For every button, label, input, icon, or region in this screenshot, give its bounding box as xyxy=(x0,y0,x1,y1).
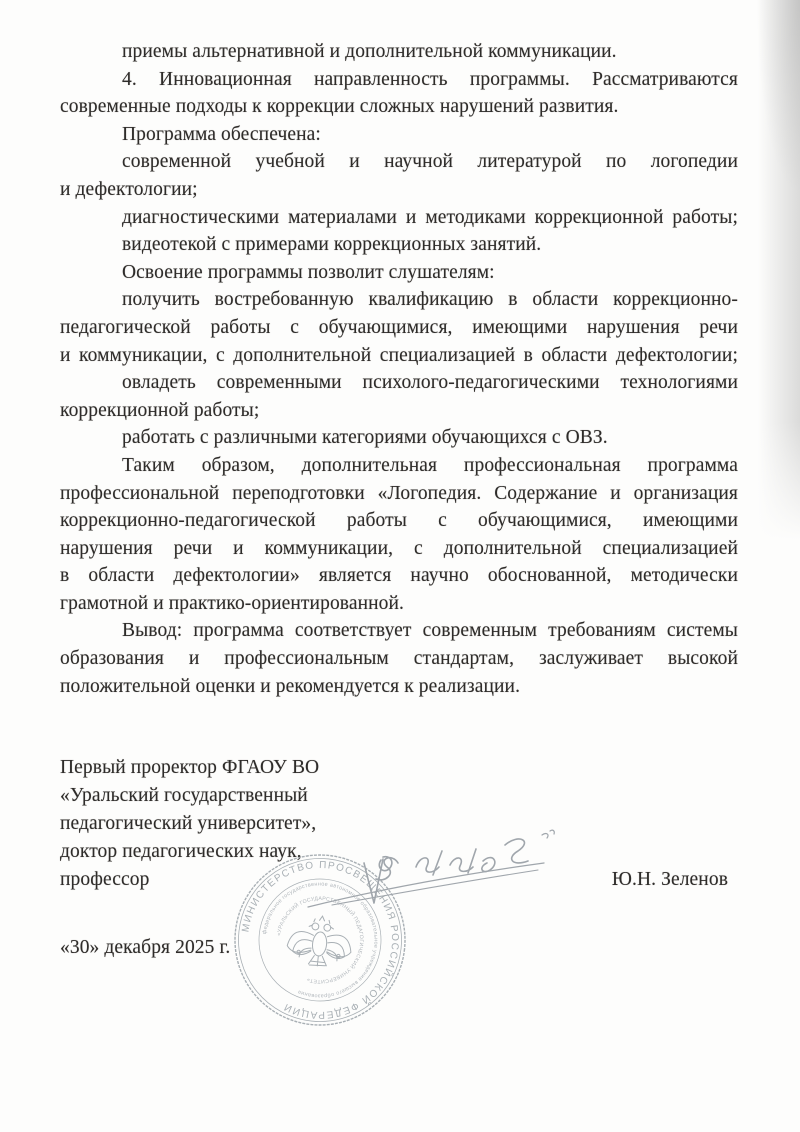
signer-position-line: педагогический университет», xyxy=(60,810,738,838)
doc-line: современные подходы к коррекции сложных … xyxy=(60,93,738,121)
date-line: «30» декабря 2025 г. xyxy=(60,934,738,962)
doc-line: образования и профессиональным стандарта… xyxy=(60,645,738,673)
document-body: приемы альтернативной и дополнительной к… xyxy=(60,38,738,962)
doc-line: коррекционной работы; xyxy=(60,397,738,425)
signer-name: Ю.Н. Зеленов xyxy=(612,866,728,894)
doc-line: педагогической работы с обучающимися, им… xyxy=(60,314,738,342)
doc-line: положительной оценки и рекомендуется к р… xyxy=(60,673,738,701)
doc-line: нарушения речи и коммуникации, с дополни… xyxy=(60,535,738,563)
doc-line: приемы альтернативной и дополнительной к… xyxy=(60,38,738,66)
doc-line: диагностическими материалами и методикам… xyxy=(60,204,738,232)
scan-edge-shadow xyxy=(752,0,800,540)
doc-line: и дефектологии; xyxy=(60,176,738,204)
signer-position-line: «Уральский государственный xyxy=(60,782,738,810)
doc-line: Таким образом, дополнительная профессион… xyxy=(60,452,738,480)
doc-line: 4. Инновационная направленность программ… xyxy=(60,66,738,94)
doc-line: получить востребованную квалификацию в о… xyxy=(60,286,738,314)
doc-line: грамотной и практико-ориентированной. xyxy=(60,590,738,618)
doc-line: коррекционно-педагогической работы с обу… xyxy=(60,507,738,535)
signature-block: Первый проректор ФГАОУ ВО «Уральский гос… xyxy=(60,754,738,962)
doc-line: Программа обеспечена: xyxy=(60,121,738,149)
scanned-document-page: { "page": { "background_color": "#fdfdfc… xyxy=(0,0,800,1132)
doc-line: Освоение программы позволит слушателям: xyxy=(60,259,738,287)
signer-position-line: Первый проректор ФГАОУ ВО xyxy=(60,754,738,782)
signer-title-and-name-row: профессор Ю.Н. Зеленов xyxy=(60,866,738,894)
signer-position-line: доктор педагогических наук, xyxy=(60,838,738,866)
doc-line: видеотекой с примерами коррекционных зан… xyxy=(60,231,738,259)
signer-position-line: профессор xyxy=(60,866,149,894)
doc-line: современной учебной и научной литературо… xyxy=(60,148,738,176)
doc-line: овладеть современными психолого-педагоги… xyxy=(60,369,738,397)
doc-line: профессиональной переподготовки «Логопед… xyxy=(60,480,738,508)
doc-line: работать с различными категориями обучаю… xyxy=(60,424,738,452)
doc-line: в области дефектологии» является научно … xyxy=(60,562,738,590)
doc-line: Вывод: программа соответствует современн… xyxy=(60,617,738,645)
doc-line: и коммуникации, с дополнительной специал… xyxy=(60,342,738,370)
